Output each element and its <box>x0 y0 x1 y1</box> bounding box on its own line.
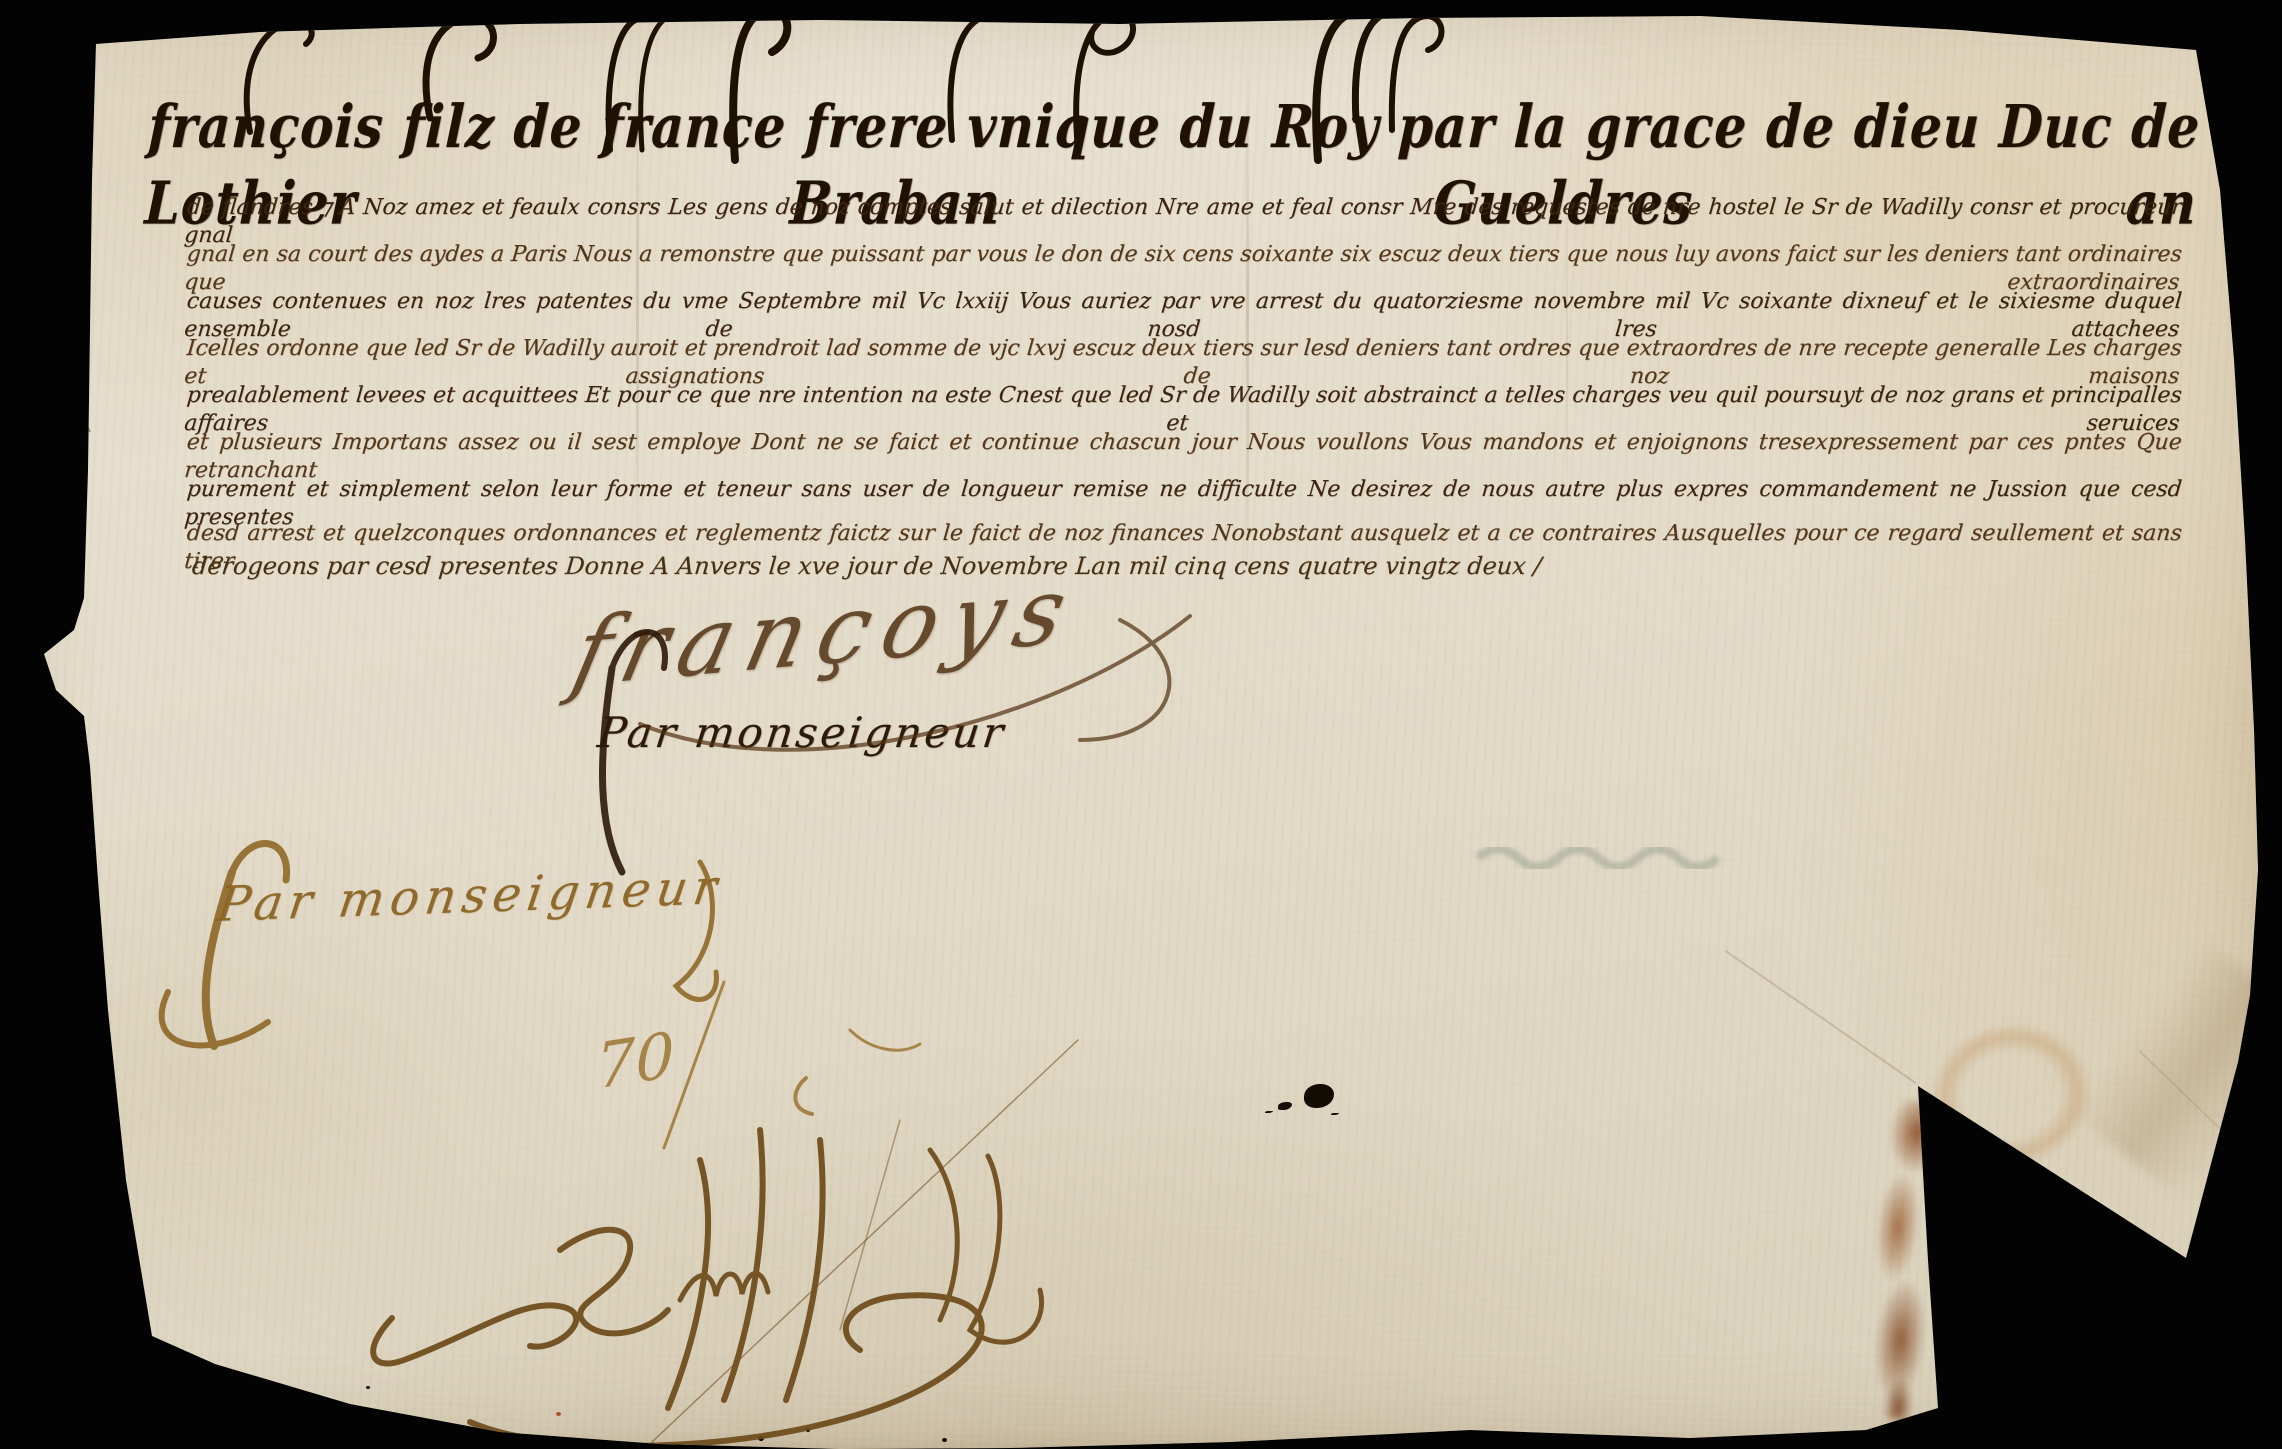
dirt-speck <box>806 1428 810 1432</box>
secretary-note: Par monseigneur <box>595 712 1008 754</box>
dirt-speck <box>942 1438 947 1442</box>
dirt-speck <box>758 1436 764 1441</box>
folio-mark: 70 <box>596 1024 675 1099</box>
dirt-speck <box>366 1386 370 1389</box>
parchment-sheet: françois filz de france frere vnique du … <box>0 0 2282 1449</box>
red-speck <box>556 1412 561 1416</box>
manuscript-scan: françois filz de france frere vnique du … <box>0 0 2282 1449</box>
margin-flourish <box>64 148 90 432</box>
